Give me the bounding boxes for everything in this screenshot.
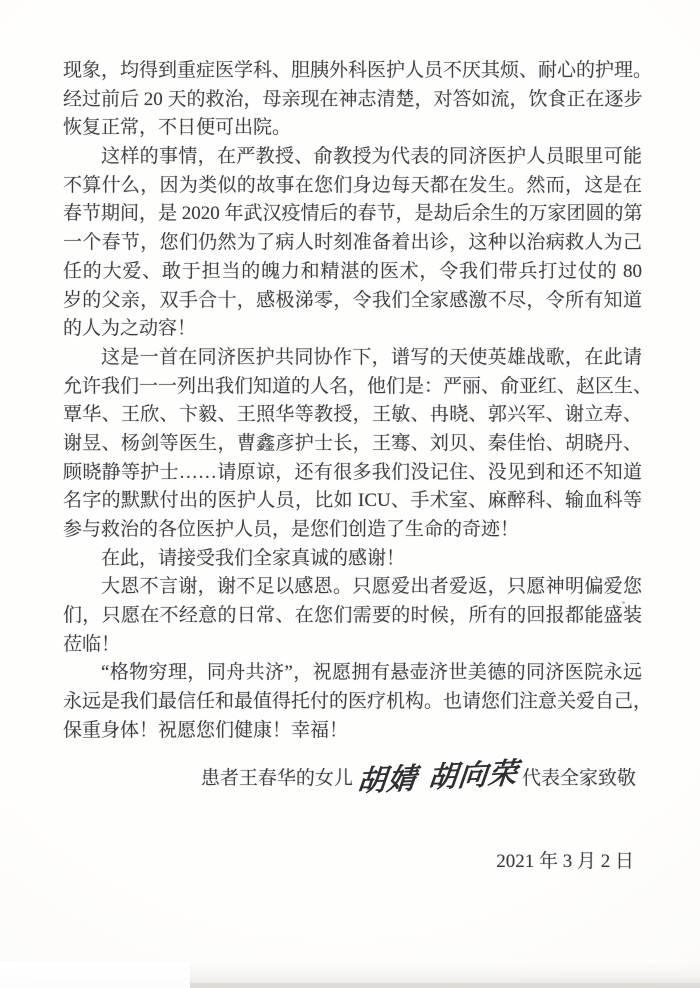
paper-bottom-shadow: [0, 962, 700, 988]
letter-line: 现象，均得到重症医学科、胆胰外科医护人员不厌其烦、耐心的护理。: [63, 57, 642, 86]
signature-line: 患者王春华的女儿 胡婧 胡向荣 代表全家致敬: [63, 760, 642, 790]
date-line: 2021 年 3 月 2 日: [63, 848, 642, 877]
letter-line: 恢复正常，不日便可出院。: [63, 114, 642, 143]
letter-line: 岁的父亲，双手合十，感极涕零，令我们全家感激不尽，令所有知道: [63, 287, 642, 316]
signature-prefix: 患者王春华的女儿: [201, 765, 353, 794]
signature-suffix: 代表全家致敬: [522, 765, 636, 794]
letter-line: 莅临！: [63, 631, 642, 660]
letter-line: 大恩不言谢，谢不足以感恩。只愿爱出者爱返，只愿神明偏爱您: [63, 573, 642, 602]
letter-line: 名字的默默付出的医护人员，比如 ICU、手术室、麻醉科、输血科等: [63, 487, 642, 516]
letter-line: 这是一首在同济医护共同协作下，谱写的天使英雄战歌，在此请: [63, 344, 642, 373]
letter-line: 永远是我们最信任和最值得托付的医疗机构。也请您们注意关爱自己，: [63, 688, 642, 717]
letter-line: 们，只愿在不经意的日常、在您们需要的时候，所有的回报都能盛装: [63, 602, 642, 631]
handwritten-signature: 胡婧 胡向荣: [355, 758, 519, 796]
letter-line: 一个春节，您们仍然为了病人时刻准备着出诊，这种以治病救人为己: [63, 229, 642, 258]
letter-line: 任的大爱、敢于担当的魄力和精湛的医术，令我们带兵打过仗的 80: [63, 258, 642, 287]
letter-line: 谢昱、杨剑等医生，曹鑫彦护士长，王骞、刘贝、秦佳怡、胡晓丹、: [63, 430, 642, 459]
letter-line: 的人为之动容！: [63, 315, 642, 344]
letter-line: 这样的事情，在严教授、俞教授为代表的同济医护人员眼里可能: [63, 143, 642, 172]
letter-line: 覃华、王欣、卞毅、王照华等教授，王敏、冉晓、郭兴军、谢立寿、: [63, 401, 642, 430]
letter-line: “格物穷理，同舟共济”，祝愿拥有悬壶济世美德的同济医院永远: [63, 659, 642, 688]
letter-line: 保重身体！祝愿您们健康！幸福！: [63, 717, 642, 746]
paper-bottom-left-highlight: [0, 962, 190, 988]
letter-line: 允许我们一一列出我们知道的人名，他们是：严丽、俞亚红、赵区生、: [63, 373, 642, 402]
scanned-letter-page: 现象，均得到重症医学科、胆胰外科医护人员不厌其烦、耐心的护理。经过前后 20 天…: [0, 0, 700, 988]
letter-line: 参与救治的各位医护人员，是您们创造了生命的奇迹！: [63, 516, 642, 545]
letter-body: 现象，均得到重症医学科、胆胰外科医护人员不厌其烦、耐心的护理。经过前后 20 天…: [63, 57, 642, 876]
letter-line: 顾晓静等护士……请原谅，还有很多我们没记住、没见到和还不知道: [63, 459, 642, 488]
letter-line: 经过前后 20 天的救治，母亲现在神志清楚，对答如流，饮食正在逐步: [63, 86, 642, 115]
letter-line: 在此，请接受我们全家真诚的感谢！: [63, 545, 642, 574]
letter-lines: 现象，均得到重症医学科、胆胰外科医护人员不厌其烦、耐心的护理。经过前后 20 天…: [63, 57, 642, 746]
paper-bottom-edge: [190, 983, 700, 988]
letter-line: 春节期间，是 2020 年武汉疫情后的春节，是劫后余生的万家团圆的第: [63, 200, 642, 229]
letter-line: 不算什么，因为类似的故事在您们身边每天都在发生。然而，这是在: [63, 172, 642, 201]
